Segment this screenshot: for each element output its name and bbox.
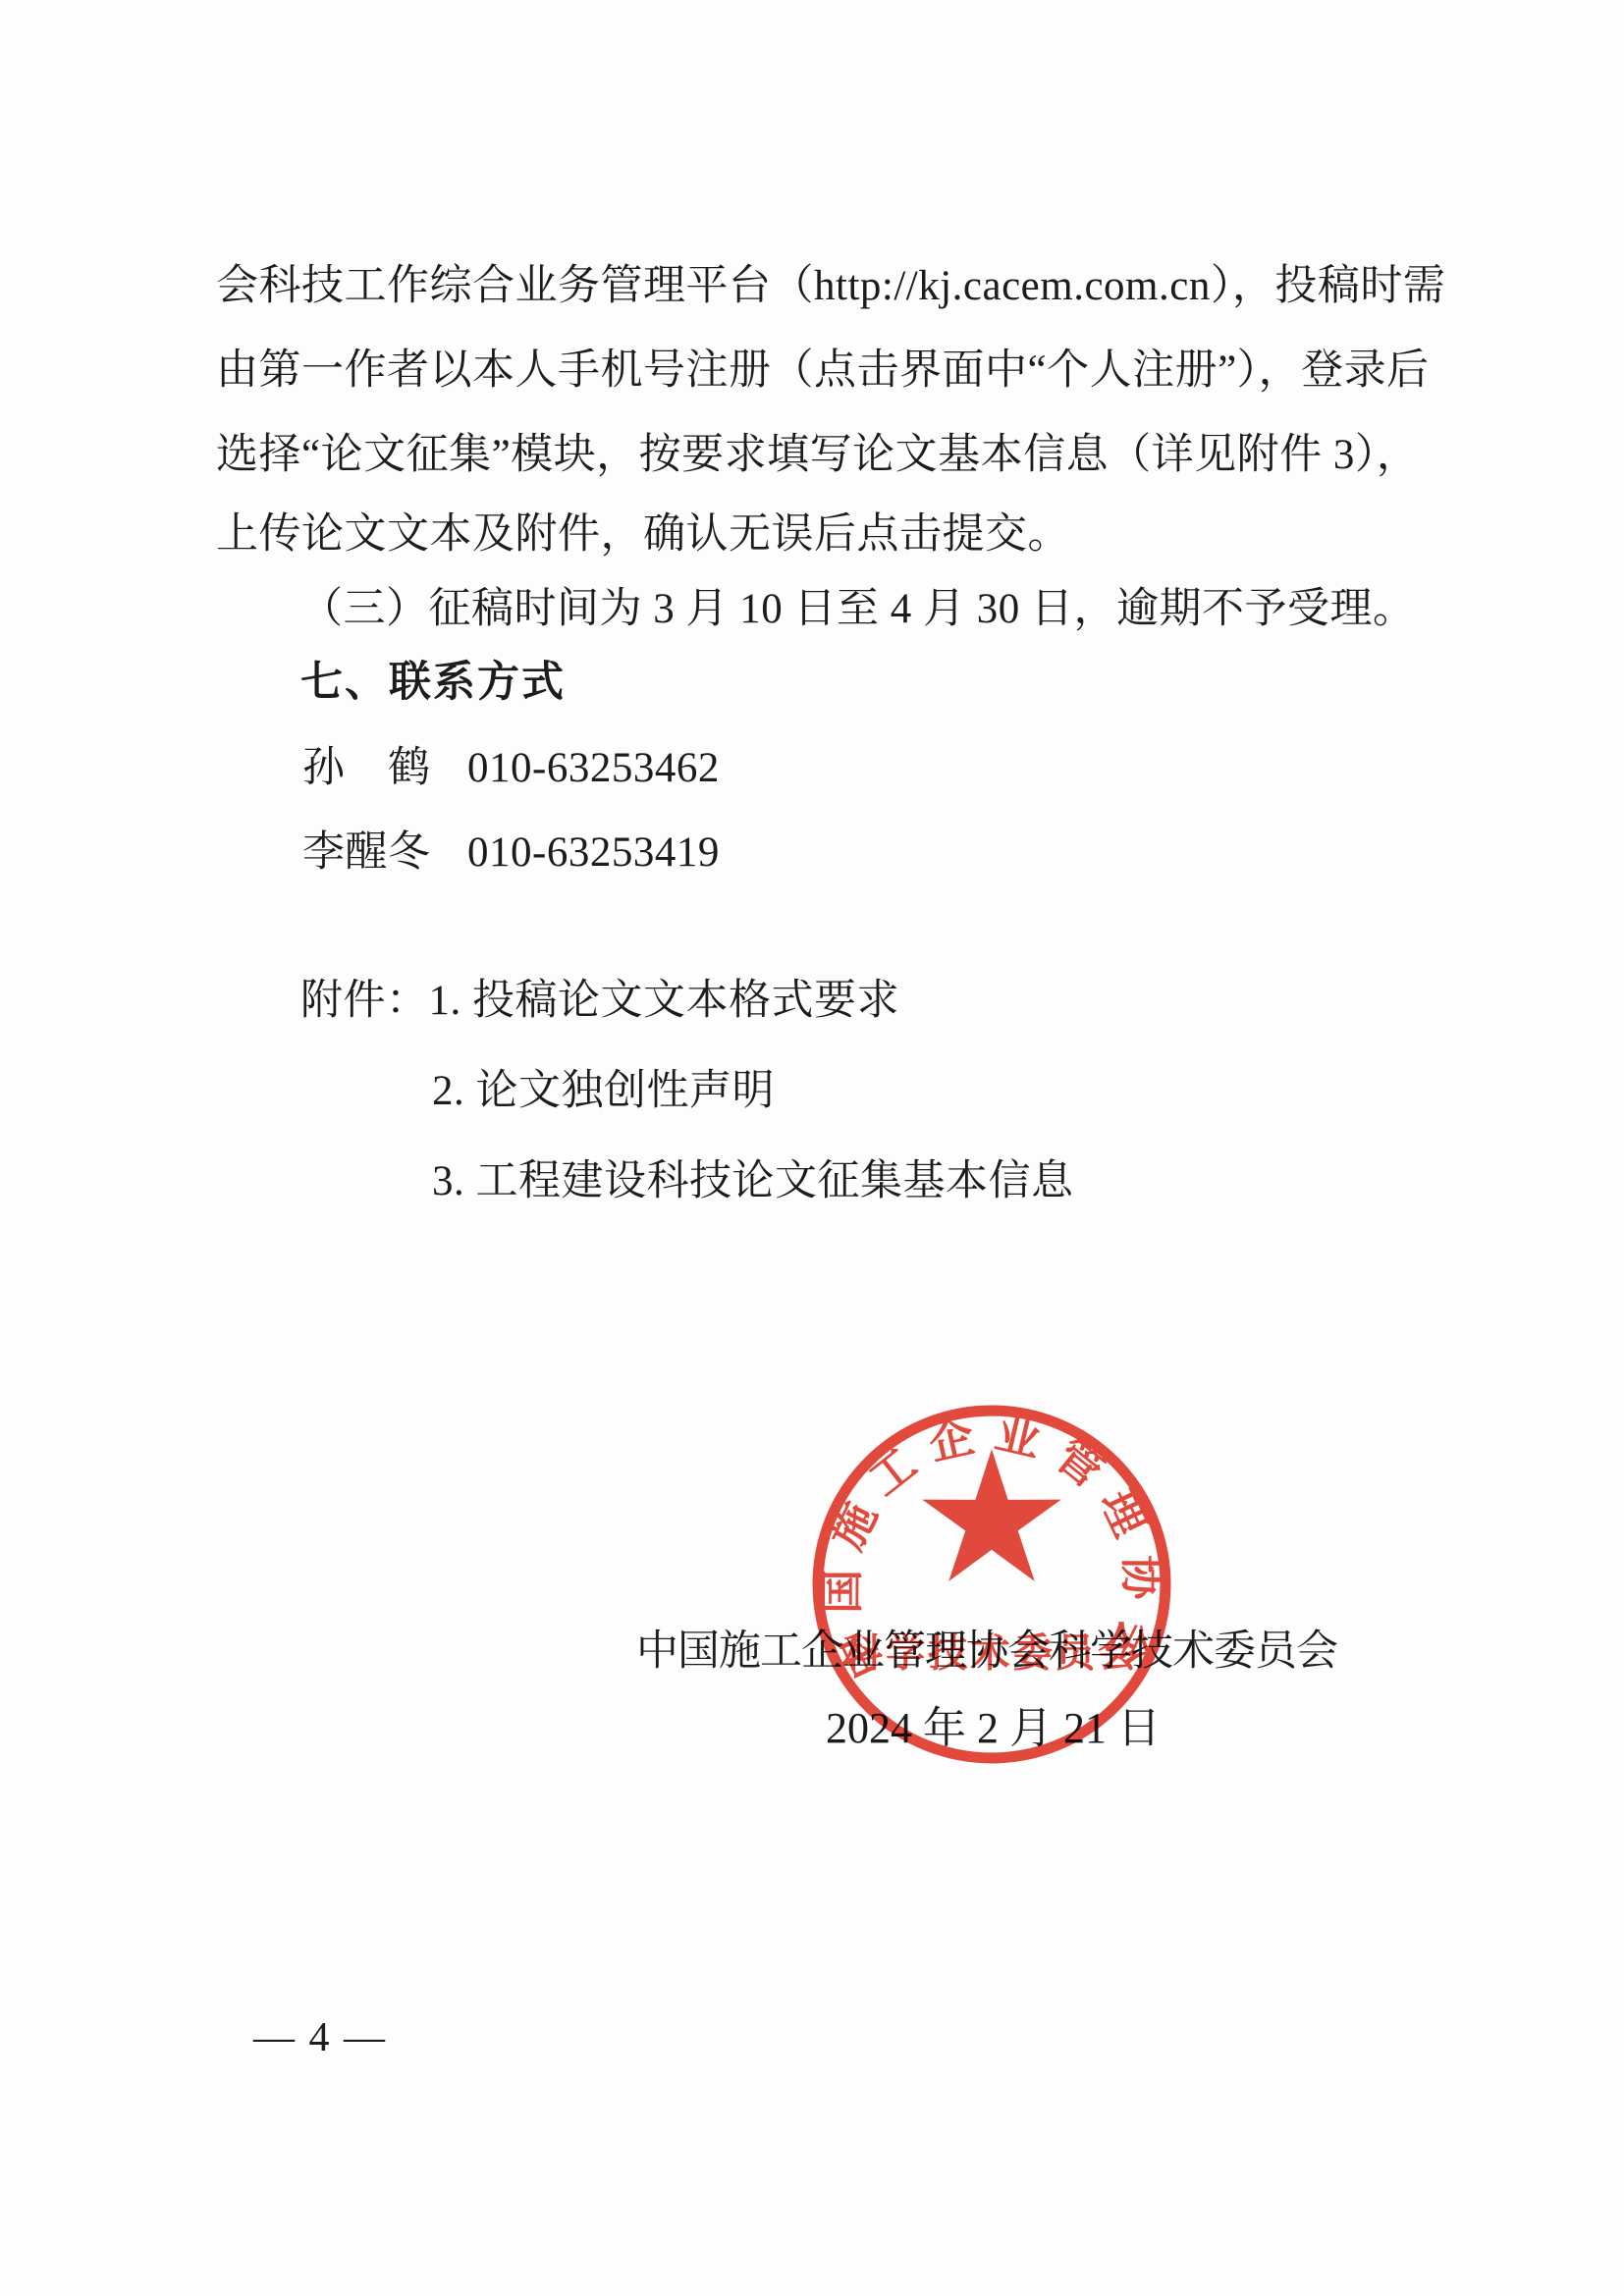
contact-phone: 010-63253419 [467, 829, 720, 876]
section-heading-contact: 七、联系方式 [300, 658, 566, 709]
contact-name: 孙 鹤 [302, 743, 467, 794]
body-line: 上传论文文本及附件，确认无误后点击提交。 [216, 509, 1070, 561]
contact-name: 李醒冬 [302, 828, 467, 879]
seal-bottom-text: 科学技术委员会 [843, 1630, 1141, 1675]
page-number: — 4 — [253, 2014, 387, 2061]
body-line: 由第一作者以本人手机号注册（点击界面中“个人注册”），登录后 [216, 346, 1430, 397]
seal-star-icon [922, 1449, 1061, 1581]
attachment-item: 3. 工程建设科技论文征集基本信息 [432, 1156, 1074, 1207]
contact-row: 李醒冬010-63253419 [302, 828, 720, 879]
body-line: （三）征稿时间为 3 月 10 日至 4 月 30 日，逾期不予受理。 [300, 584, 1416, 635]
contact-phone: 010-63253462 [467, 745, 720, 791]
body-line: 选择“论文征集”模块，按要求填写论文基本信息（详见附件 3）， [216, 430, 1419, 481]
document-page: 会科技工作综合业务管理平台（http://kj.cacem.com.cn），投稿… [0, 0, 1624, 2296]
official-seal: 中国施工企业管理协会 科学技术委员会 [811, 1404, 1172, 1765]
body-line: 会科技工作综合业务管理平台（http://kj.cacem.com.cn），投稿… [216, 261, 1445, 312]
attachments-label: 附件： [300, 976, 429, 1027]
attachment-item: 2. 论文独创性声明 [432, 1066, 775, 1117]
attachment-row: 附件：1. 投稿论文文本格式要求 [300, 976, 899, 1027]
attachment-item: 1. 投稿论文文本格式要求 [429, 978, 900, 1024]
contact-row: 孙 鹤010-63253462 [302, 743, 720, 794]
